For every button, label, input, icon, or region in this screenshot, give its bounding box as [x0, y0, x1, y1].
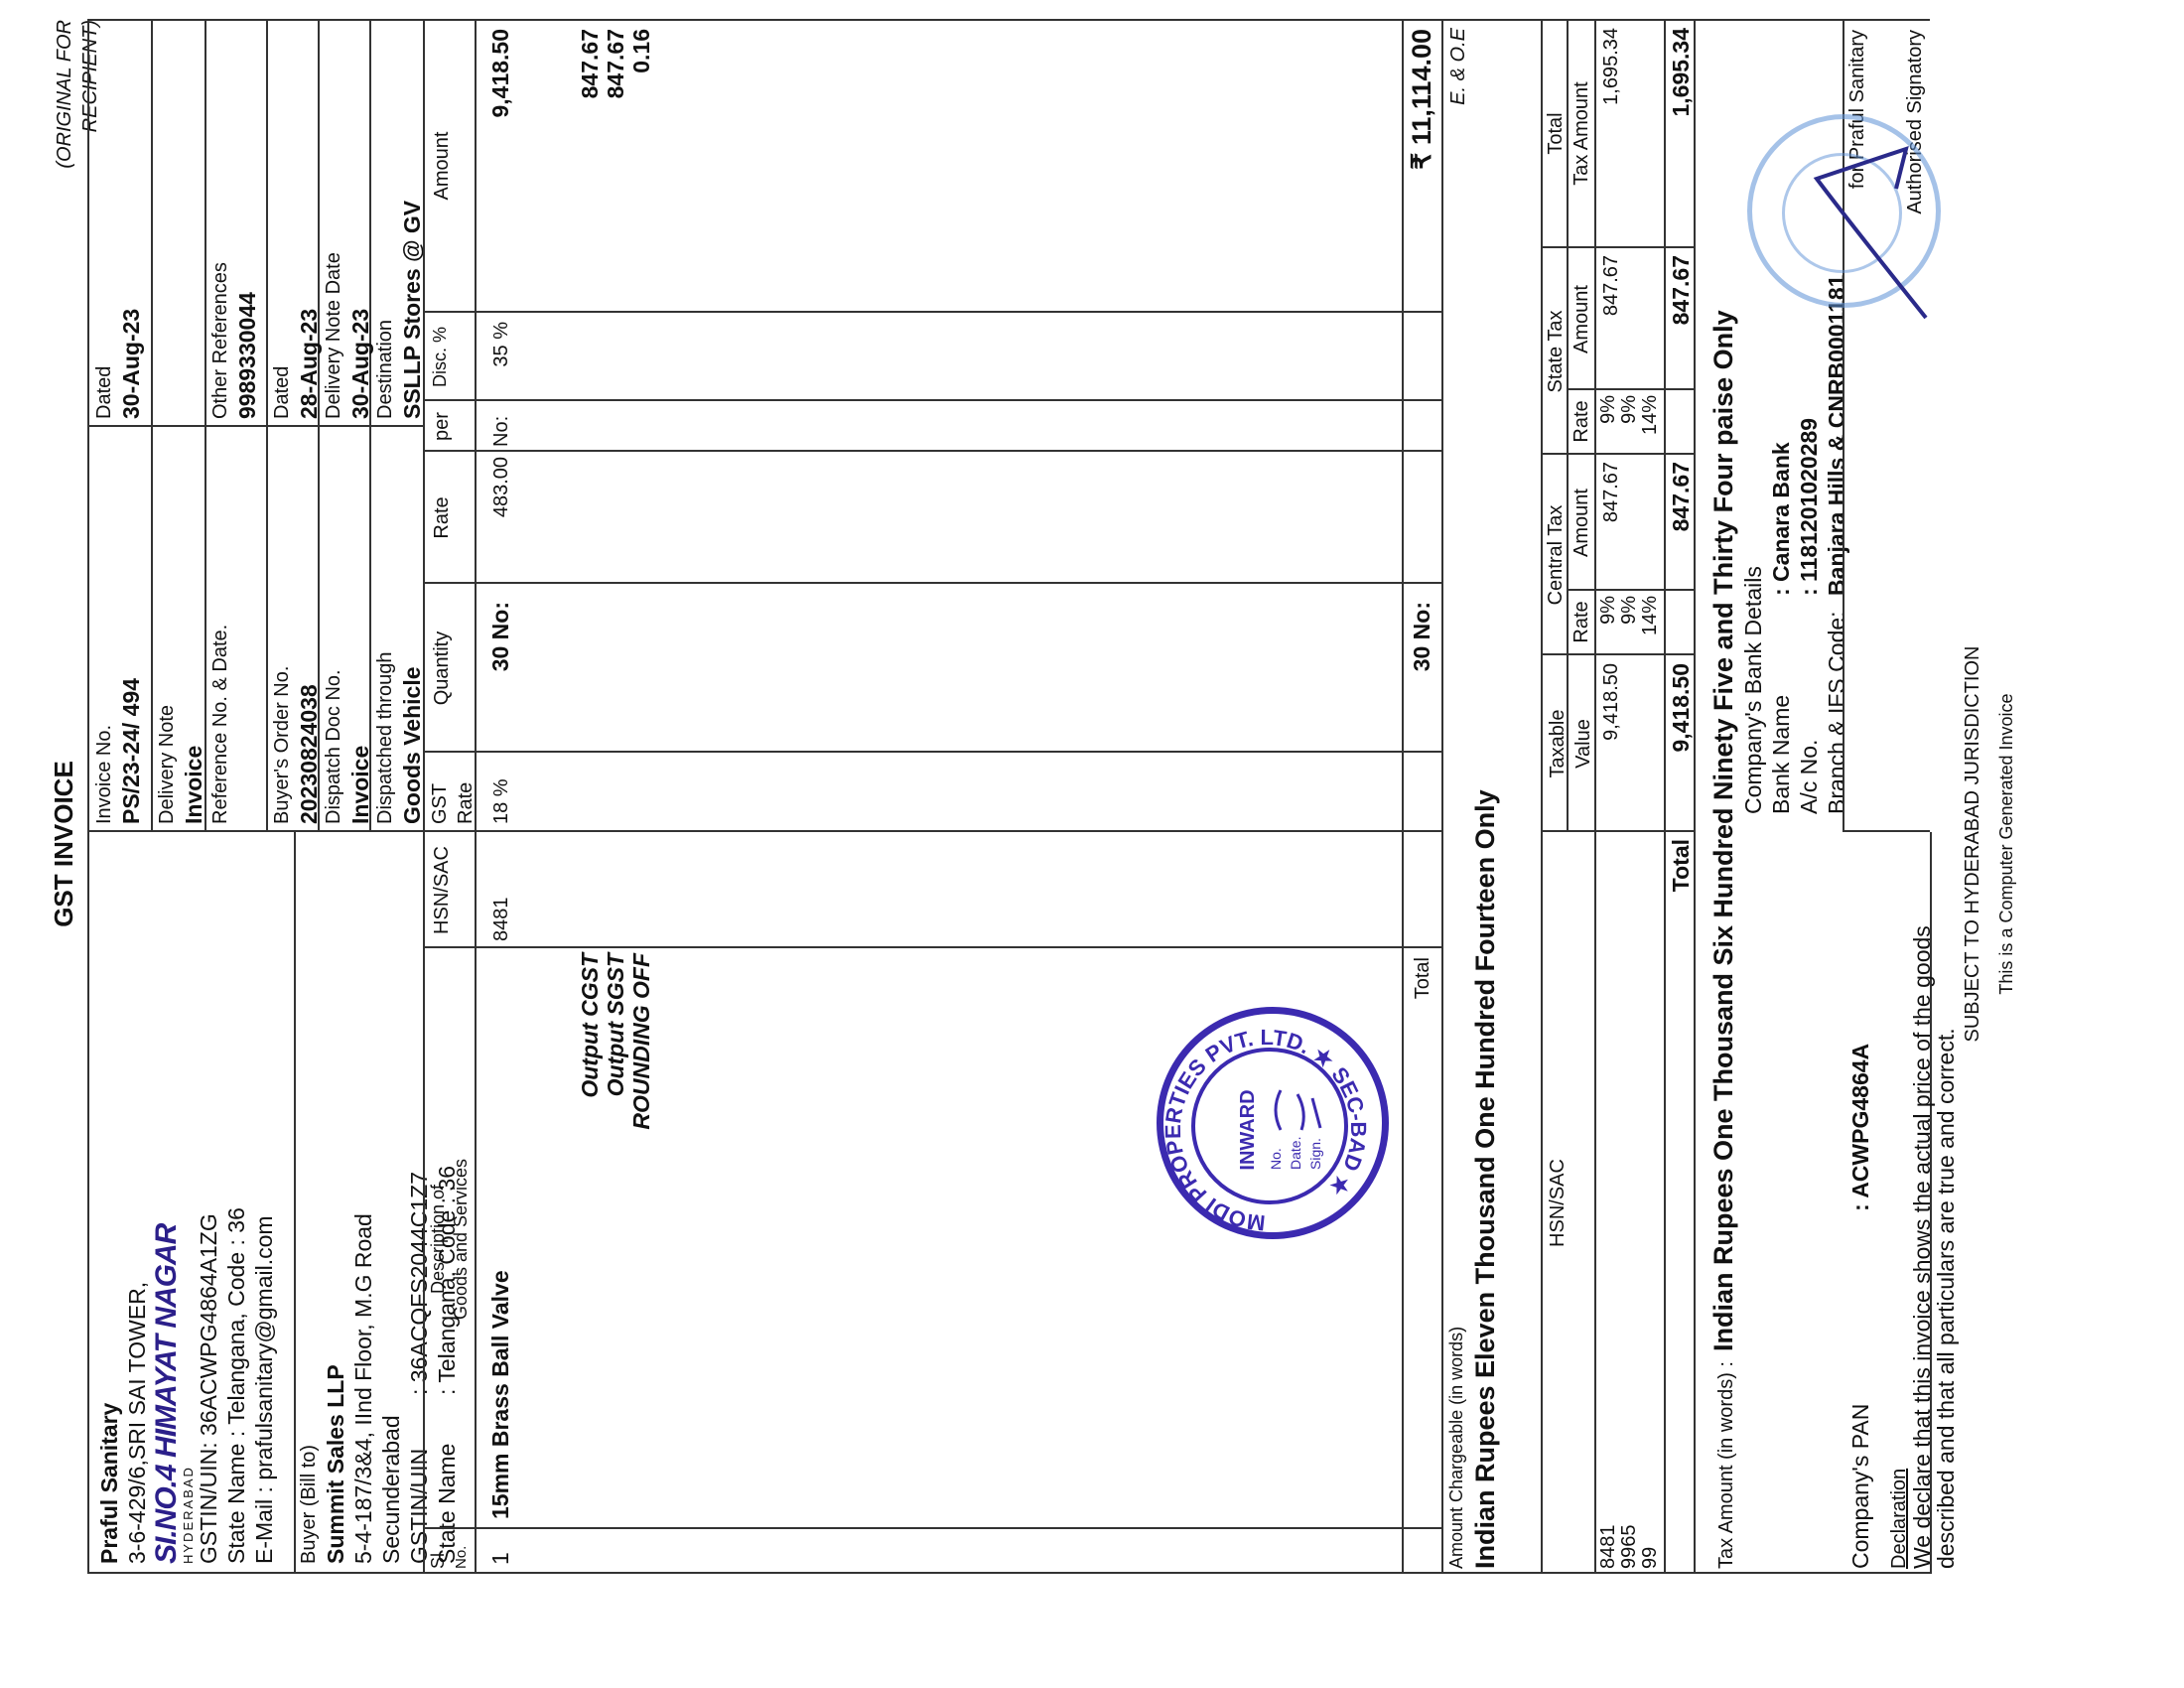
buyer-address-2: Secunderabad — [377, 839, 405, 1564]
buyers-order-label: Buyer's Order No. — [269, 432, 295, 824]
destination-label: Destination — [372, 27, 398, 419]
buyer-address-1: 5-4-187/3&4, IInd Floor, M.G Road — [349, 839, 377, 1564]
amount-words-label: Amount Chargeable (in words) — [1445, 1327, 1468, 1569]
summary-central-rate-header: Rate — [1569, 591, 1594, 653]
buyers-order: 20230824038 — [295, 432, 323, 824]
row-disc: 35 % — [488, 322, 514, 399]
dispatch-doc-label: Dispatch Doc No. — [321, 432, 346, 824]
other-refs-label: Other References — [207, 27, 233, 419]
col-gst-header: GSTRate — [427, 755, 478, 824]
pan-value: : ACWPG4864A — [1846, 1044, 1874, 1211]
summary-total-state: 847.67 — [1667, 255, 1695, 388]
col-sl-header: SlNo. — [427, 1546, 473, 1569]
col-hsn-header: HSN/SAC — [429, 834, 455, 946]
seller-email: E-Mail : prafulsanitary@gmail.com — [250, 839, 278, 1564]
col-amount-header: Amount — [429, 21, 455, 311]
summary-central-amount-header: Amount — [1569, 457, 1594, 589]
summary-state-rates: 9%9%14% — [1598, 395, 1661, 453]
summary-central-rates: 9%9%14% — [1598, 596, 1661, 653]
dispatch-doc: Invoice — [346, 432, 374, 824]
delivery-note-label: Delivery Note — [154, 432, 180, 824]
items-total-amount: ₹ 11,114.00 — [1406, 29, 1437, 311]
output-cgst-amount: 847.67 — [576, 29, 604, 311]
seller-state: State Name : Telangana, Code : 36 — [222, 839, 250, 1564]
summary-total-header: TotalTax Amount — [1543, 21, 1594, 246]
seller-address-2: SI.NO.4 HIMAYAT NAGAR — [151, 839, 183, 1564]
tax-words-label: Tax Amount (in words) : — [1713, 1361, 1739, 1569]
summary-total-label: Total — [1667, 839, 1695, 1572]
output-cgst-label: Output CGST — [576, 953, 604, 1527]
other-refs: 9989330044 — [233, 27, 261, 419]
eoe-label: E. & O.E — [1445, 28, 1471, 298]
row-description: 15mm Brass Ball Valve — [486, 1270, 514, 1519]
destination: SSLLP Stores @ GV — [398, 27, 426, 419]
row-gst-rate: 18 % — [488, 778, 514, 824]
row-sl: 1 — [486, 1552, 514, 1565]
jurisdiction-note: SUBJECT TO HYDERABAD JURISDICTION — [1960, 0, 1985, 1688]
row-quantity: 30 No: — [486, 602, 514, 751]
summary-taxable: 9,418.50 — [1598, 663, 1624, 830]
dispatched-through: Goods Vehicle — [398, 432, 426, 824]
items-total-quantity: 30 No: — [1408, 602, 1435, 751]
declaration-line-2: described and that all particulars are t… — [1932, 1028, 1960, 1569]
summary-taxable-header: TaxableValue — [1545, 657, 1596, 830]
items-total-label: Total — [1410, 957, 1435, 1527]
dispatched-through-label: Dispatched through — [372, 432, 398, 824]
col-qty-header: Quantity — [429, 586, 455, 751]
dated-label: Dated — [91, 27, 117, 419]
seller-name: Praful Sanitary — [95, 839, 123, 1564]
output-sgst-label: Output SGST — [602, 953, 629, 1527]
delivery-note-date: 30-Aug-23 — [346, 27, 374, 419]
summary-state-rate-header: Rate — [1569, 390, 1594, 453]
svg-text:No.: No. — [1268, 1148, 1284, 1170]
col-disc-header: Disc. % — [429, 315, 452, 399]
company-pan: Company's PAN : ACWPG4864A — [1846, 1044, 1874, 1569]
svg-text:MODI PROPERTIES PVT. LTD. ★ SE: MODI PROPERTIES PVT. LTD. ★ SEC-BAD ★ — [1160, 1025, 1371, 1235]
delivery-note-date-label: Delivery Note Date — [321, 27, 346, 419]
output-sgst-amount: 847.67 — [602, 29, 629, 311]
amount-words: Indian Rupees Eleven Thousand One Hundre… — [1469, 789, 1501, 1569]
col-rate-header: Rate — [429, 454, 455, 582]
invoice-no-label: Invoice No. — [91, 432, 117, 824]
summary-state-amount-header: Amount — [1569, 250, 1594, 388]
svg-text:Sign.: Sign. — [1307, 1138, 1323, 1170]
col-per-header: per — [429, 403, 455, 450]
seller-block: Praful Sanitary 3-6-429/6,SRI SAI TOWER,… — [95, 839, 278, 1564]
row-per: No: — [488, 416, 514, 447]
order-dated-label: Dated — [269, 27, 295, 419]
tax-words-value: Indian Rupees One Thousand Six Hundred N… — [1707, 310, 1739, 1351]
invoice-date: 30-Aug-23 — [117, 27, 145, 419]
rounding-off-amount: 0.16 — [627, 29, 655, 311]
summary-total-tax: 1,695.34 — [1598, 28, 1624, 246]
signature-icon — [1787, 99, 1936, 338]
invoice-no: PS/23-24/ 494 — [117, 432, 145, 824]
summary-grand-total-tax: 1,695.34 — [1667, 28, 1695, 246]
summary-state-amount: 847.67 — [1598, 255, 1624, 388]
computer-generated-note: This is a Computer Generated Invoice — [1995, 0, 2018, 1688]
summary-hsn-list: 8481996599 — [1598, 1525, 1661, 1570]
order-dated: 28-Aug-23 — [295, 27, 323, 419]
summary-central-header: Central Tax — [1543, 457, 1569, 653]
row-amount: 9,418.50 — [486, 29, 514, 311]
delivery-note: Invoice — [180, 432, 207, 824]
buyer-label: Buyer (Bill to) — [296, 839, 322, 1564]
col-desc-header: Description ofGoods and Services — [427, 951, 473, 1527]
seller-address-1: 3-6-429/6,SRI SAI TOWER, — [123, 839, 151, 1564]
reference-label: Reference No. & Date. — [207, 432, 233, 824]
seller-gstin: GSTIN/UIN: 36ACWPG4864A1ZG — [195, 839, 222, 1564]
svg-text:INWARD: INWARD — [1237, 1089, 1259, 1170]
svg-text:Date.: Date. — [1288, 1137, 1303, 1170]
summary-total-taxable: 9,418.50 — [1667, 663, 1695, 830]
summary-state-header: State Tax — [1543, 250, 1569, 453]
summary-total-central: 847.67 — [1667, 462, 1695, 589]
rounding-off-label: ROUNDING OFF — [627, 953, 655, 1527]
summary-central-amount: 847.67 — [1598, 462, 1624, 589]
buyer-name: Summit Sales LLP — [322, 839, 349, 1564]
pan-label: Company's PAN — [1846, 1211, 1874, 1569]
invoice-page: GST INVOICE (ORIGINAL FOR RECIPIENT) Pra… — [0, 0, 2184, 1688]
tax-words: Tax Amount (in words) : Indian Rupees On… — [1707, 310, 1739, 1569]
row-rate: 483.00 — [488, 457, 514, 582]
summary-hsn-header: HSN/SAC — [1545, 834, 1570, 1572]
row-hsn: 8481 — [488, 898, 514, 942]
receiver-stamp: MODI PROPERTIES PVT. LTD. ★ SEC-BAD ★ IN… — [1157, 1007, 1389, 1239]
seller-address-3: HYDERABAD — [183, 839, 195, 1564]
